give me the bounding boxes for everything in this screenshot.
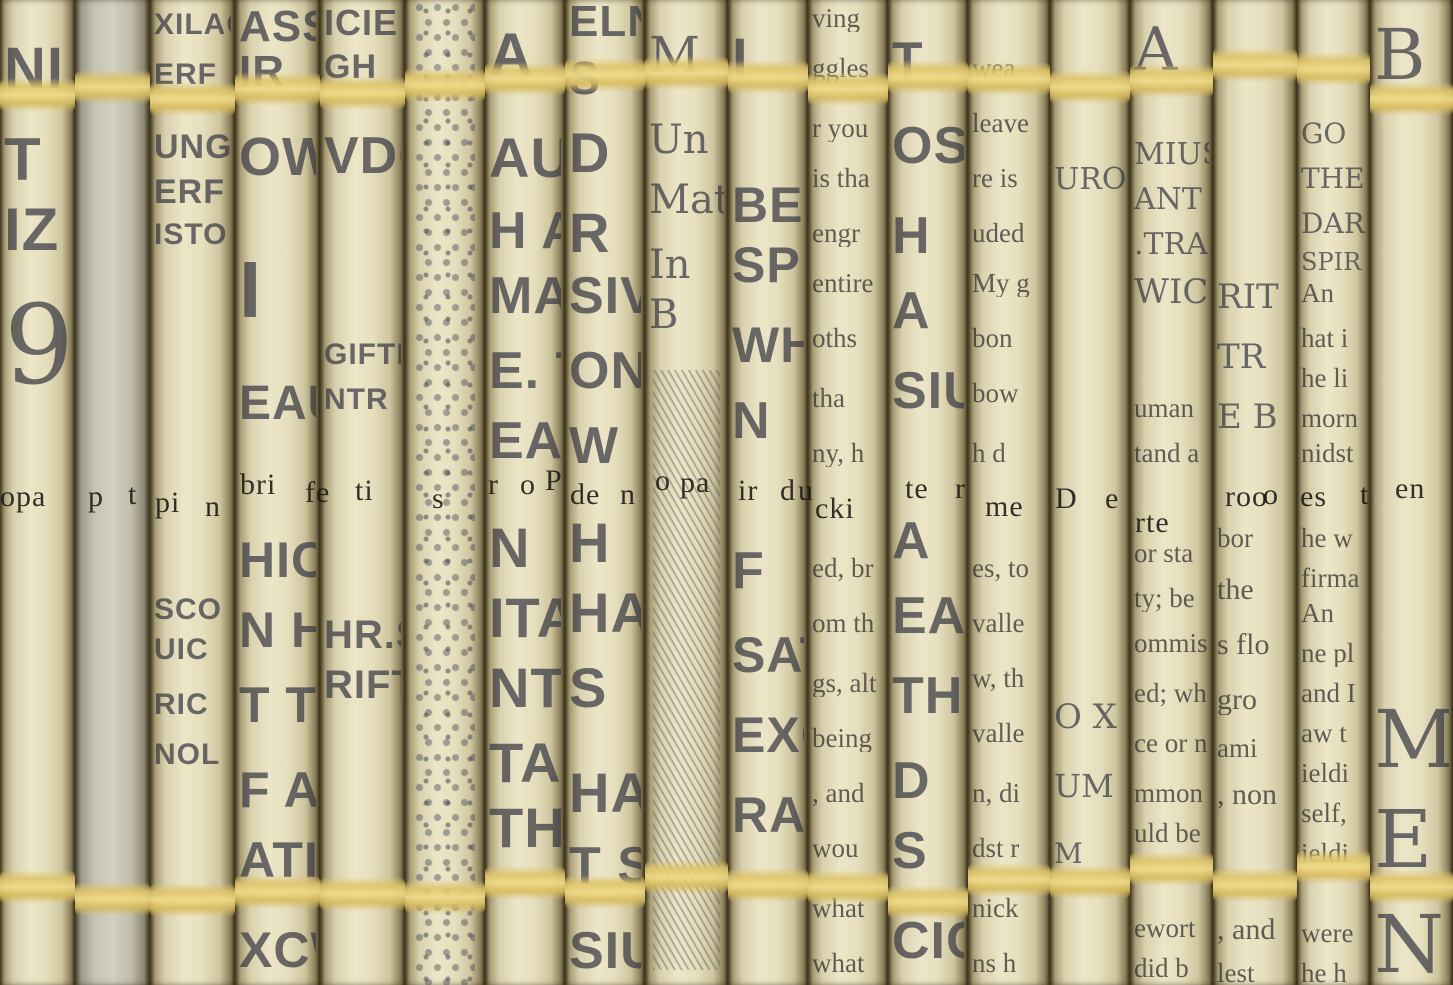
printed-text-fragment: UIC — [154, 635, 231, 665]
printed-text-fragment: ns h — [972, 950, 1046, 977]
printed-text-fragment: NOL — [154, 740, 231, 770]
typed-letters: bri — [240, 468, 276, 502]
printed-text-fragment: , and — [1217, 915, 1293, 945]
typed-letters: pi — [155, 486, 180, 520]
printed-text-fragment: RIT — [1217, 280, 1293, 314]
printed-text-fragment: S — [892, 825, 964, 877]
printed-text-fragment: MIUS — [1134, 140, 1209, 170]
binding-thread — [485, 866, 565, 900]
printed-text-fragment: 9 — [4, 290, 71, 400]
typed-letters: D — [1055, 482, 1078, 516]
printed-text-fragment: D — [892, 755, 964, 807]
printed-text-fragment: ami — [1217, 735, 1293, 762]
printed-text-fragment: RIFTC — [324, 665, 401, 705]
printed-text-fragment: he li — [1301, 365, 1366, 392]
typed-letters: de — [570, 478, 600, 512]
printed-text-fragment: n, di — [972, 780, 1046, 807]
typed-letters: r — [955, 472, 966, 506]
printed-text-fragment: S — [569, 660, 641, 716]
typed-letters: fe — [305, 476, 330, 510]
printed-text-fragment: ewort — [1134, 915, 1209, 942]
printed-text-fragment: TH — [489, 800, 561, 856]
typed-letters: t — [1360, 478, 1369, 512]
printed-text-fragment: SPIR — [1301, 250, 1366, 274]
printed-text-fragment: CIC — [892, 915, 964, 967]
printed-text-fragment: T — [4, 130, 71, 190]
printed-text-fragment: SPH — [732, 240, 804, 290]
printed-text-fragment: .TRA — [1134, 230, 1209, 260]
binding-thread — [405, 880, 485, 914]
binding-thread — [1050, 70, 1130, 104]
binding-thread — [75, 70, 150, 104]
printed-text-fragment: hat i — [1301, 325, 1366, 352]
printed-text-fragment: Un — [649, 120, 724, 160]
printed-text-fragment: WIC — [1134, 275, 1209, 309]
printed-text-fragment: , and — [812, 780, 884, 807]
printed-text-fragment: EAU — [239, 380, 316, 428]
typed-letters: me — [985, 490, 1024, 524]
binding-thread — [808, 870, 888, 904]
binding-thread — [808, 72, 888, 106]
printed-text-fragment: HAL — [569, 765, 641, 821]
printed-text-fragment: lest — [1217, 960, 1293, 985]
binding-thread — [728, 868, 808, 902]
printed-text-fragment: E — [1374, 800, 1449, 880]
typed-letters: opa — [0, 480, 46, 514]
printed-text-fragment: ny, h — [812, 440, 884, 467]
printed-text-fragment: ISTO — [154, 220, 231, 250]
printed-text-fragment: WH — [732, 320, 804, 370]
printed-text-fragment: r you — [812, 115, 884, 142]
binding-thread — [645, 56, 728, 90]
printed-text-fragment: BEA — [732, 180, 804, 230]
printed-text-fragment: N HR — [239, 605, 316, 655]
printed-text-fragment: TR — [1217, 340, 1293, 374]
printed-text-fragment: re is — [972, 165, 1046, 192]
binding-thread — [888, 885, 968, 919]
printed-text-fragment: w, th — [972, 665, 1046, 692]
printed-text-fragment: ed; wh — [1134, 680, 1209, 707]
typed-letters: ir — [738, 474, 758, 508]
printed-text-fragment: A — [892, 285, 964, 337]
printed-text-fragment: NTHS — [489, 660, 561, 716]
typed-letters: d — [780, 474, 796, 508]
typed-letters: cki — [815, 492, 855, 526]
printed-text-fragment: ASS — [239, 5, 316, 49]
typed-letters: rte — [1135, 506, 1170, 540]
binding-thread — [888, 60, 968, 94]
binding-thread — [1130, 64, 1213, 98]
printed-text-fragment: nidst — [1301, 440, 1366, 467]
printed-text-fragment: the — [1217, 575, 1293, 605]
printed-text-fragment: RIC — [154, 690, 231, 720]
printed-text-fragment: D — [569, 125, 641, 181]
printed-text-fragment: EXC — [732, 710, 804, 760]
binding-thread — [1130, 852, 1213, 886]
typed-letters: r — [488, 468, 499, 502]
printed-text-fragment: OS — [892, 120, 964, 172]
binding-thread — [1370, 82, 1453, 116]
printed-text-fragment: RA — [732, 790, 804, 840]
printed-text-fragment: gs, alt — [812, 670, 884, 697]
printed-text-fragment: engr — [812, 220, 884, 247]
typed-letters: P — [545, 464, 563, 498]
printed-text-fragment: SIVI — [569, 270, 641, 322]
printed-text-fragment: did b — [1134, 955, 1209, 982]
printed-text-fragment: ommis — [1134, 630, 1209, 657]
binding-thread — [405, 68, 485, 102]
printed-text-fragment: B — [1374, 20, 1449, 90]
printed-text-fragment: MAN — [489, 270, 561, 322]
printed-text-fragment: EA — [892, 590, 964, 642]
printed-text-fragment: , non — [1217, 780, 1293, 810]
printed-text-fragment: OW — [239, 130, 316, 184]
printed-text-fragment: ELN — [569, 0, 641, 44]
printed-text-fragment: tand a — [1134, 440, 1209, 467]
typed-letters: o — [1263, 478, 1279, 512]
printed-text-fragment: GO — [1301, 120, 1366, 148]
printed-text-fragment: ERF — [154, 175, 231, 209]
printed-text-fragment: om th — [812, 610, 884, 637]
printed-text-fragment: were — [1301, 920, 1366, 947]
printed-text-fragment: E B — [1217, 400, 1293, 434]
binding-thread — [1297, 52, 1370, 86]
binding-thread — [1297, 850, 1370, 884]
binding-thread — [235, 875, 320, 909]
printed-text-fragment: aw t — [1301, 720, 1366, 747]
typed-letters: ti — [355, 474, 374, 508]
printed-text-fragment: es, to — [972, 555, 1046, 582]
printed-text-fragment: ANT — [1134, 185, 1209, 215]
printed-text-fragment: TA. — [489, 735, 561, 791]
printed-text-fragment: TH — [892, 670, 964, 722]
typed-letters: s — [432, 482, 445, 516]
printed-text-fragment: ce or n — [1134, 730, 1209, 757]
scroll-photograph: NITIZ9XILAGERFUNGERFISTOSCOUICRICNOLASSI… — [0, 0, 1453, 985]
printed-text-fragment: SAT — [732, 630, 804, 680]
printed-text-fragment: N — [489, 520, 561, 576]
typed-letters: n — [205, 490, 221, 524]
printed-text-fragment: HA — [569, 585, 641, 641]
printed-text-fragment: DAR — [1301, 210, 1366, 238]
printed-text-fragment: I — [239, 250, 316, 330]
printed-text-fragment: SIUN — [569, 925, 641, 977]
binding-thread — [320, 76, 405, 110]
printed-text-fragment: AUD — [489, 130, 561, 186]
binding-thread — [1050, 865, 1130, 899]
printed-text-fragment: entire — [812, 270, 884, 297]
printed-text-fragment: In — [649, 245, 724, 285]
printed-text-fragment: SIU — [892, 365, 964, 417]
binding-thread — [565, 58, 645, 92]
printed-text-fragment: ed, br — [812, 555, 884, 582]
binding-thread — [1370, 870, 1453, 904]
printed-text-fragment: wou — [812, 835, 884, 862]
printed-text-fragment: O X — [1054, 700, 1126, 734]
printed-text-fragment: uman — [1134, 395, 1209, 422]
typed-letters: es — [1300, 480, 1327, 514]
binding-thread — [968, 863, 1050, 897]
typed-letters: n — [620, 478, 636, 512]
printed-text-fragment: HIC — [239, 535, 316, 585]
binding-thread — [968, 62, 1050, 96]
printed-text-fragment: he w — [1301, 525, 1366, 552]
binding-thread — [150, 82, 235, 116]
printed-text-fragment: tha — [812, 385, 884, 412]
binding-thread — [0, 870, 75, 904]
binding-thread — [75, 882, 150, 916]
printed-text-fragment: he h — [1301, 960, 1366, 985]
printed-text-fragment: SCO — [154, 595, 231, 625]
printed-text-fragment: uld be — [1134, 820, 1209, 847]
printed-text-fragment: XCW — [239, 925, 316, 975]
printed-text-fragment: gro — [1217, 685, 1293, 715]
printed-text-fragment: E. T — [489, 345, 561, 397]
printed-text-fragment: being — [812, 725, 884, 752]
printed-text-fragment: THE — [1301, 165, 1366, 193]
printed-text-fragment: morn — [1301, 405, 1366, 432]
printed-text-fragment: An — [1301, 280, 1366, 307]
binding-thread — [150, 883, 235, 917]
printed-text-fragment: ne pl — [1301, 640, 1366, 667]
printed-text-fragment: R — [569, 205, 641, 261]
printed-text-fragment: W — [569, 420, 641, 472]
printed-text-fragment: UM — [1054, 770, 1126, 802]
binding-thread — [645, 860, 728, 894]
printed-text-fragment: oths — [812, 325, 884, 352]
printed-text-fragment: is tha — [812, 165, 884, 192]
printed-text-fragment: T TH — [239, 680, 316, 730]
printed-text-fragment: NTR — [324, 385, 401, 415]
printed-text-fragment: uded — [972, 220, 1046, 247]
printed-text-fragment: dst r — [972, 835, 1046, 862]
printed-text-fragment: M — [1374, 700, 1449, 780]
printed-text-fragment: leave — [972, 110, 1046, 137]
binding-thread — [1213, 48, 1297, 82]
typed-letters: te — [905, 472, 929, 506]
printed-text-fragment: M — [1054, 840, 1126, 868]
binding-thread — [320, 877, 405, 911]
printed-text-fragment: ITA — [489, 590, 561, 646]
printed-text-fragment: XILAG — [154, 10, 231, 40]
printed-text-fragment: h d — [972, 440, 1046, 467]
printed-text-fragment: VDC — [324, 130, 401, 182]
printed-text-fragment: IZ — [4, 200, 71, 260]
printed-text-fragment: H AR — [489, 205, 561, 257]
printed-text-fragment: N — [1374, 905, 1449, 985]
printed-text-fragment: HR.S — [324, 615, 401, 655]
printed-text-fragment: what — [812, 950, 884, 977]
printed-text-fragment: ICIE — [324, 5, 401, 41]
printed-text-fragment: H — [892, 210, 964, 262]
printed-text-fragment: GIFTI — [324, 340, 401, 370]
printed-text-fragment: ving — [812, 5, 884, 32]
printed-text-fragment: ON — [569, 345, 641, 397]
typed-letters: t — [128, 478, 137, 512]
binding-thread — [485, 62, 565, 96]
typed-text-line: opaptpinbrifetisroPdenopairduckitermeDer… — [0, 468, 1453, 528]
typed-letters: o — [655, 464, 671, 498]
typed-letters: roo — [1225, 480, 1268, 514]
printed-text-fragment: F — [732, 545, 804, 597]
printed-text-fragment: URO — [1054, 165, 1126, 195]
printed-text-fragment: bow — [972, 380, 1046, 407]
printed-text-fragment: Mat — [649, 180, 724, 220]
printed-text-fragment: s flo — [1217, 630, 1293, 660]
binding-thread — [728, 60, 808, 94]
binding-thread — [0, 78, 75, 112]
printed-text-fragment: UNG — [154, 130, 231, 164]
printed-text-fragment: EAU — [489, 415, 561, 467]
printed-text-fragment: My g — [972, 270, 1046, 297]
binding-thread — [1213, 868, 1297, 902]
printed-text-fragment: N — [732, 395, 804, 447]
binding-thread — [565, 875, 645, 909]
typed-letters: p — [88, 480, 104, 514]
printed-text-fragment: ieldi — [1301, 760, 1366, 787]
typed-letters: en — [1395, 472, 1425, 506]
printed-text-fragment: B — [649, 295, 724, 335]
printed-text-fragment: An — [1301, 600, 1366, 627]
printed-text-fragment: F A — [239, 765, 316, 815]
printed-text-fragment: or sta — [1134, 540, 1209, 567]
printed-text-fragment: and I — [1301, 680, 1366, 707]
typed-letters: pa — [680, 466, 710, 500]
printed-text-fragment: bon — [972, 325, 1046, 352]
printed-text-fragment: firma — [1301, 565, 1366, 592]
printed-text-fragment: bor — [1217, 525, 1293, 552]
printed-text-fragment: nick — [972, 895, 1046, 922]
printed-text-fragment: ty; be — [1134, 585, 1209, 612]
printed-text-fragment: valle — [972, 610, 1046, 637]
printed-text-fragment: mmon — [1134, 780, 1209, 807]
printed-text-fragment: valle — [972, 720, 1046, 747]
printed-text-fragment: self, — [1301, 800, 1366, 827]
typed-letters: e — [1105, 482, 1119, 516]
binding-thread — [235, 72, 320, 106]
typed-letters: u — [798, 474, 814, 508]
typed-letters: o — [520, 468, 536, 502]
